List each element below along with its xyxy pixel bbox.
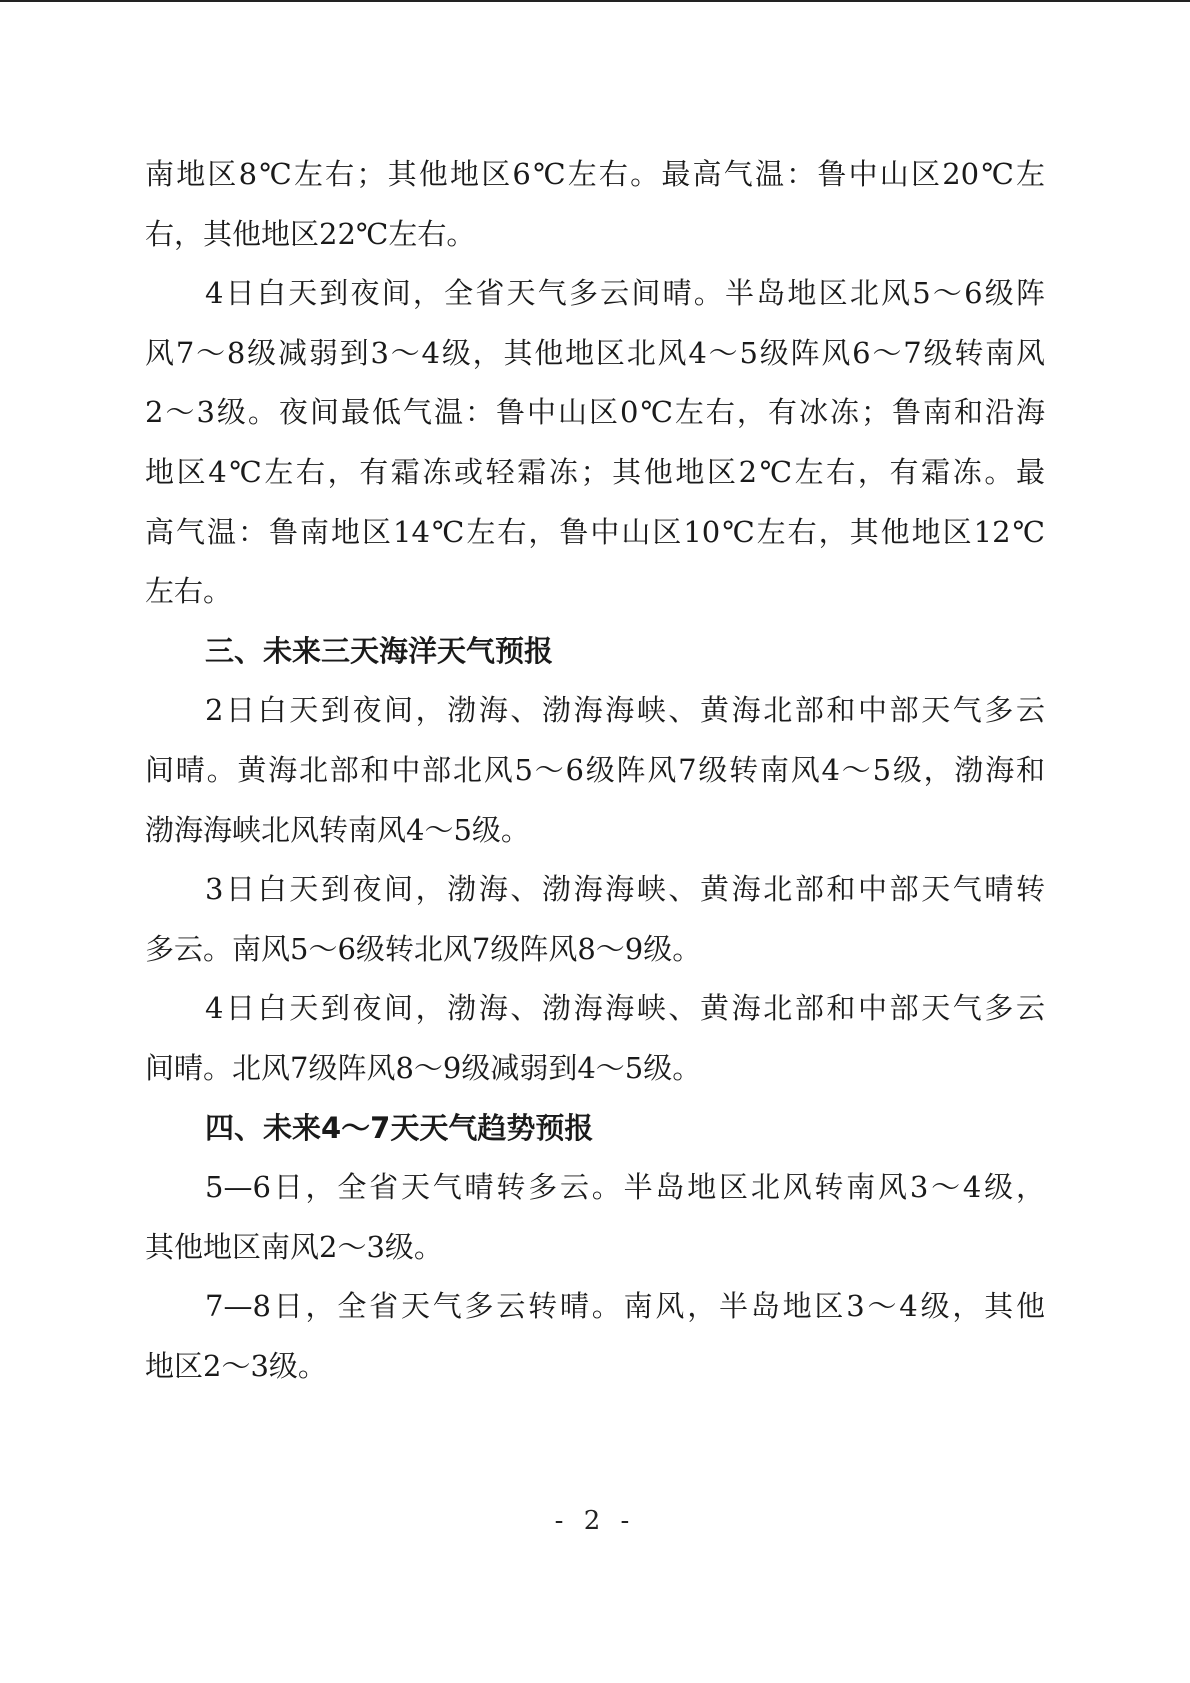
text-line: 2日白天到夜间，渤海、渤海海峡、黄海北部和中部天气多云 [145,681,1045,741]
text-line: 渤海海峡北风转南风4～5级。 [145,801,1045,861]
text-line: 3日白天到夜间，渤海、渤海海峡、黄海北部和中部天气晴转 [145,860,1045,920]
paragraph-day3-marine-forecast: 3日白天到夜间，渤海、渤海海峡、黄海北部和中部天气晴转 多云。南风5～6级转北风… [145,860,1045,979]
text-line: 右，其他地区22℃左右。 [145,205,1045,265]
paragraph-continuation-temperature: 南地区8℃左右；其他地区6℃左右。最高气温：鲁中山区20℃左 右，其他地区22℃… [145,145,1045,264]
text-line: 风7～8级减弱到3～4级，其他地区北风4～5级阵风6～7级转南风 [145,324,1045,384]
paragraph-day4-marine-forecast: 4日白天到夜间，渤海、渤海海峡、黄海北部和中部天气多云 间晴。北风7级阵风8～9… [145,979,1045,1098]
text-line: 7—8日，全省天气多云转晴。南风，半岛地区3～4级，其他 [145,1277,1045,1337]
text-line: 间晴。北风7级阵风8～9级减弱到4～5级。 [145,1039,1045,1099]
text-line: 多云。南风5～6级转北风7级阵风8～9级。 [145,920,1045,980]
text-line: 5—6日，全省天气晴转多云。半岛地区北风转南风3～4级， [145,1158,1045,1218]
paragraph-day2-marine-forecast: 2日白天到夜间，渤海、渤海海峡、黄海北部和中部天气多云 间晴。黄海北部和中部北风… [145,681,1045,860]
paragraph-day7-8-trend: 7—8日，全省天气多云转晴。南风，半岛地区3～4级，其他 地区2～3级。 [145,1277,1045,1396]
page-number: - 2 - [0,1506,1190,1536]
text-line: 左右。 [145,562,1045,622]
text-line: 4日白天到夜间，全省天气多云间晴。半岛地区北风5～6级阵 [145,264,1045,324]
text-line: 地区2～3级。 [145,1337,1045,1397]
section-heading: 三、未来三天海洋天气预报 [145,622,1045,682]
section-heading-trend-forecast: 四、未来4～7天天气趋势预报 [145,1099,1045,1159]
text-line: 其他地区南风2～3级。 [145,1218,1045,1278]
text-line: 2～3级。夜间最低气温：鲁中山区0℃左右，有冰冻；鲁南和沿海 [145,383,1045,443]
paragraph-day5-6-trend: 5—6日，全省天气晴转多云。半岛地区北风转南风3～4级， 其他地区南风2～3级。 [145,1158,1045,1277]
text-line: 间晴。黄海北部和中部北风5～6级阵风7级转南风4～5级，渤海和 [145,741,1045,801]
text-line: 南地区8℃左右；其他地区6℃左右。最高气温：鲁中山区20℃左 [145,145,1045,205]
text-line: 地区4℃左右，有霜冻或轻霜冻；其他地区2℃左右，有霜冻。最 [145,443,1045,503]
text-line: 4日白天到夜间，渤海、渤海海峡、黄海北部和中部天气多云 [145,979,1045,1039]
top-edge-rule [0,0,1190,2]
text-line: 高气温：鲁南地区14℃左右，鲁中山区10℃左右，其他地区12℃ [145,503,1045,563]
section-heading: 四、未来4～7天天气趋势预报 [145,1099,1045,1159]
section-heading-marine-forecast: 三、未来三天海洋天气预报 [145,622,1045,682]
paragraph-day4-land-forecast: 4日白天到夜间，全省天气多云间晴。半岛地区北风5～6级阵 风7～8级减弱到3～4… [145,264,1045,622]
document-body: 南地区8℃左右；其他地区6℃左右。最高气温：鲁中山区20℃左 右，其他地区22℃… [145,145,1045,1396]
